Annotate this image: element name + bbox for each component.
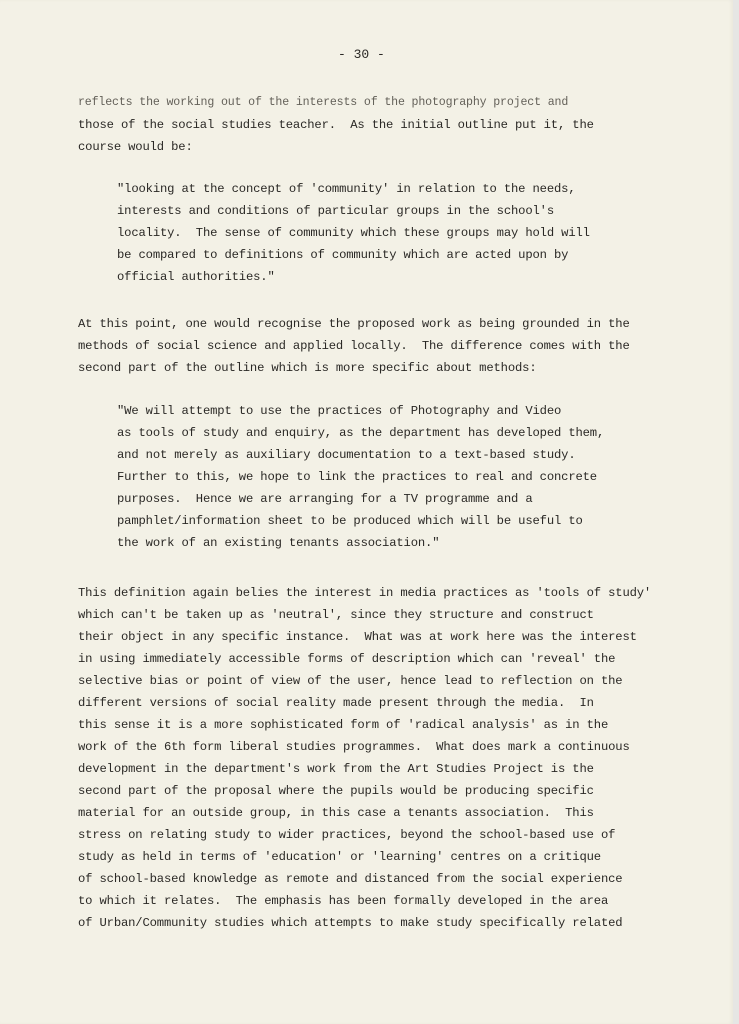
text-line: "looking at the concept of 'community' i… [117, 178, 575, 200]
text-line: purposes. Hence we are arranging for a T… [117, 488, 533, 510]
text-line: the work of an existing tenants associat… [117, 532, 439, 554]
text-line: those of the social studies teacher. As … [78, 114, 594, 136]
text-line: and not merely as auxiliary documentatio… [117, 444, 575, 466]
text-line: this sense it is a more sophisticated fo… [78, 714, 608, 736]
text-line: of Urban/Community studies which attempt… [78, 912, 622, 934]
text-line: as tools of study and enquiry, as the de… [117, 422, 604, 444]
text-line: development in the department's work fro… [78, 758, 594, 780]
text-line: selective bias or point of view of the u… [78, 670, 622, 692]
text-line: course would be: [78, 136, 193, 158]
text-line: work of the 6th form liberal studies pro… [78, 736, 630, 758]
page-edge [733, 0, 739, 1024]
text-line: material for an outside group, in this c… [78, 802, 594, 824]
text-line: official authorities." [117, 266, 275, 288]
text-line: "We will attempt to use the practices of… [117, 400, 561, 422]
text-line: their object in any specific instance. W… [78, 626, 637, 648]
text-line: study as held in terms of 'education' or… [78, 846, 601, 868]
text-line: stress on relating study to wider practi… [78, 824, 615, 846]
text-line: different versions of social reality mad… [78, 692, 594, 714]
text-line: be compared to definitions of community … [117, 244, 568, 266]
text-line: locality. The sense of community which t… [117, 222, 590, 244]
document-page: - 30 - reflects the working out of the i… [0, 0, 733, 1024]
page-number: - 30 - [338, 47, 385, 62]
text-line: methods of social science and applied lo… [78, 335, 630, 357]
text-line: second part of the outline which is more… [78, 357, 536, 379]
text-line: This definition again belies the interes… [78, 582, 651, 604]
text-line: to which it relates. The emphasis has be… [78, 890, 608, 912]
text-line: of school-based knowledge as remote and … [78, 868, 622, 890]
text-line: pamphlet/information sheet to be produce… [117, 510, 583, 532]
text-line: reflects the working out of the interest… [78, 92, 568, 114]
text-line: Further to this, we hope to link the pra… [117, 466, 597, 488]
text-line: second part of the proposal where the pu… [78, 780, 594, 802]
text-line: which can't be taken up as 'neutral', si… [78, 604, 594, 626]
text-line: in using immediately accessible forms of… [78, 648, 615, 670]
text-line: interests and conditions of particular g… [117, 200, 554, 222]
text-line: At this point, one would recognise the p… [78, 313, 630, 335]
